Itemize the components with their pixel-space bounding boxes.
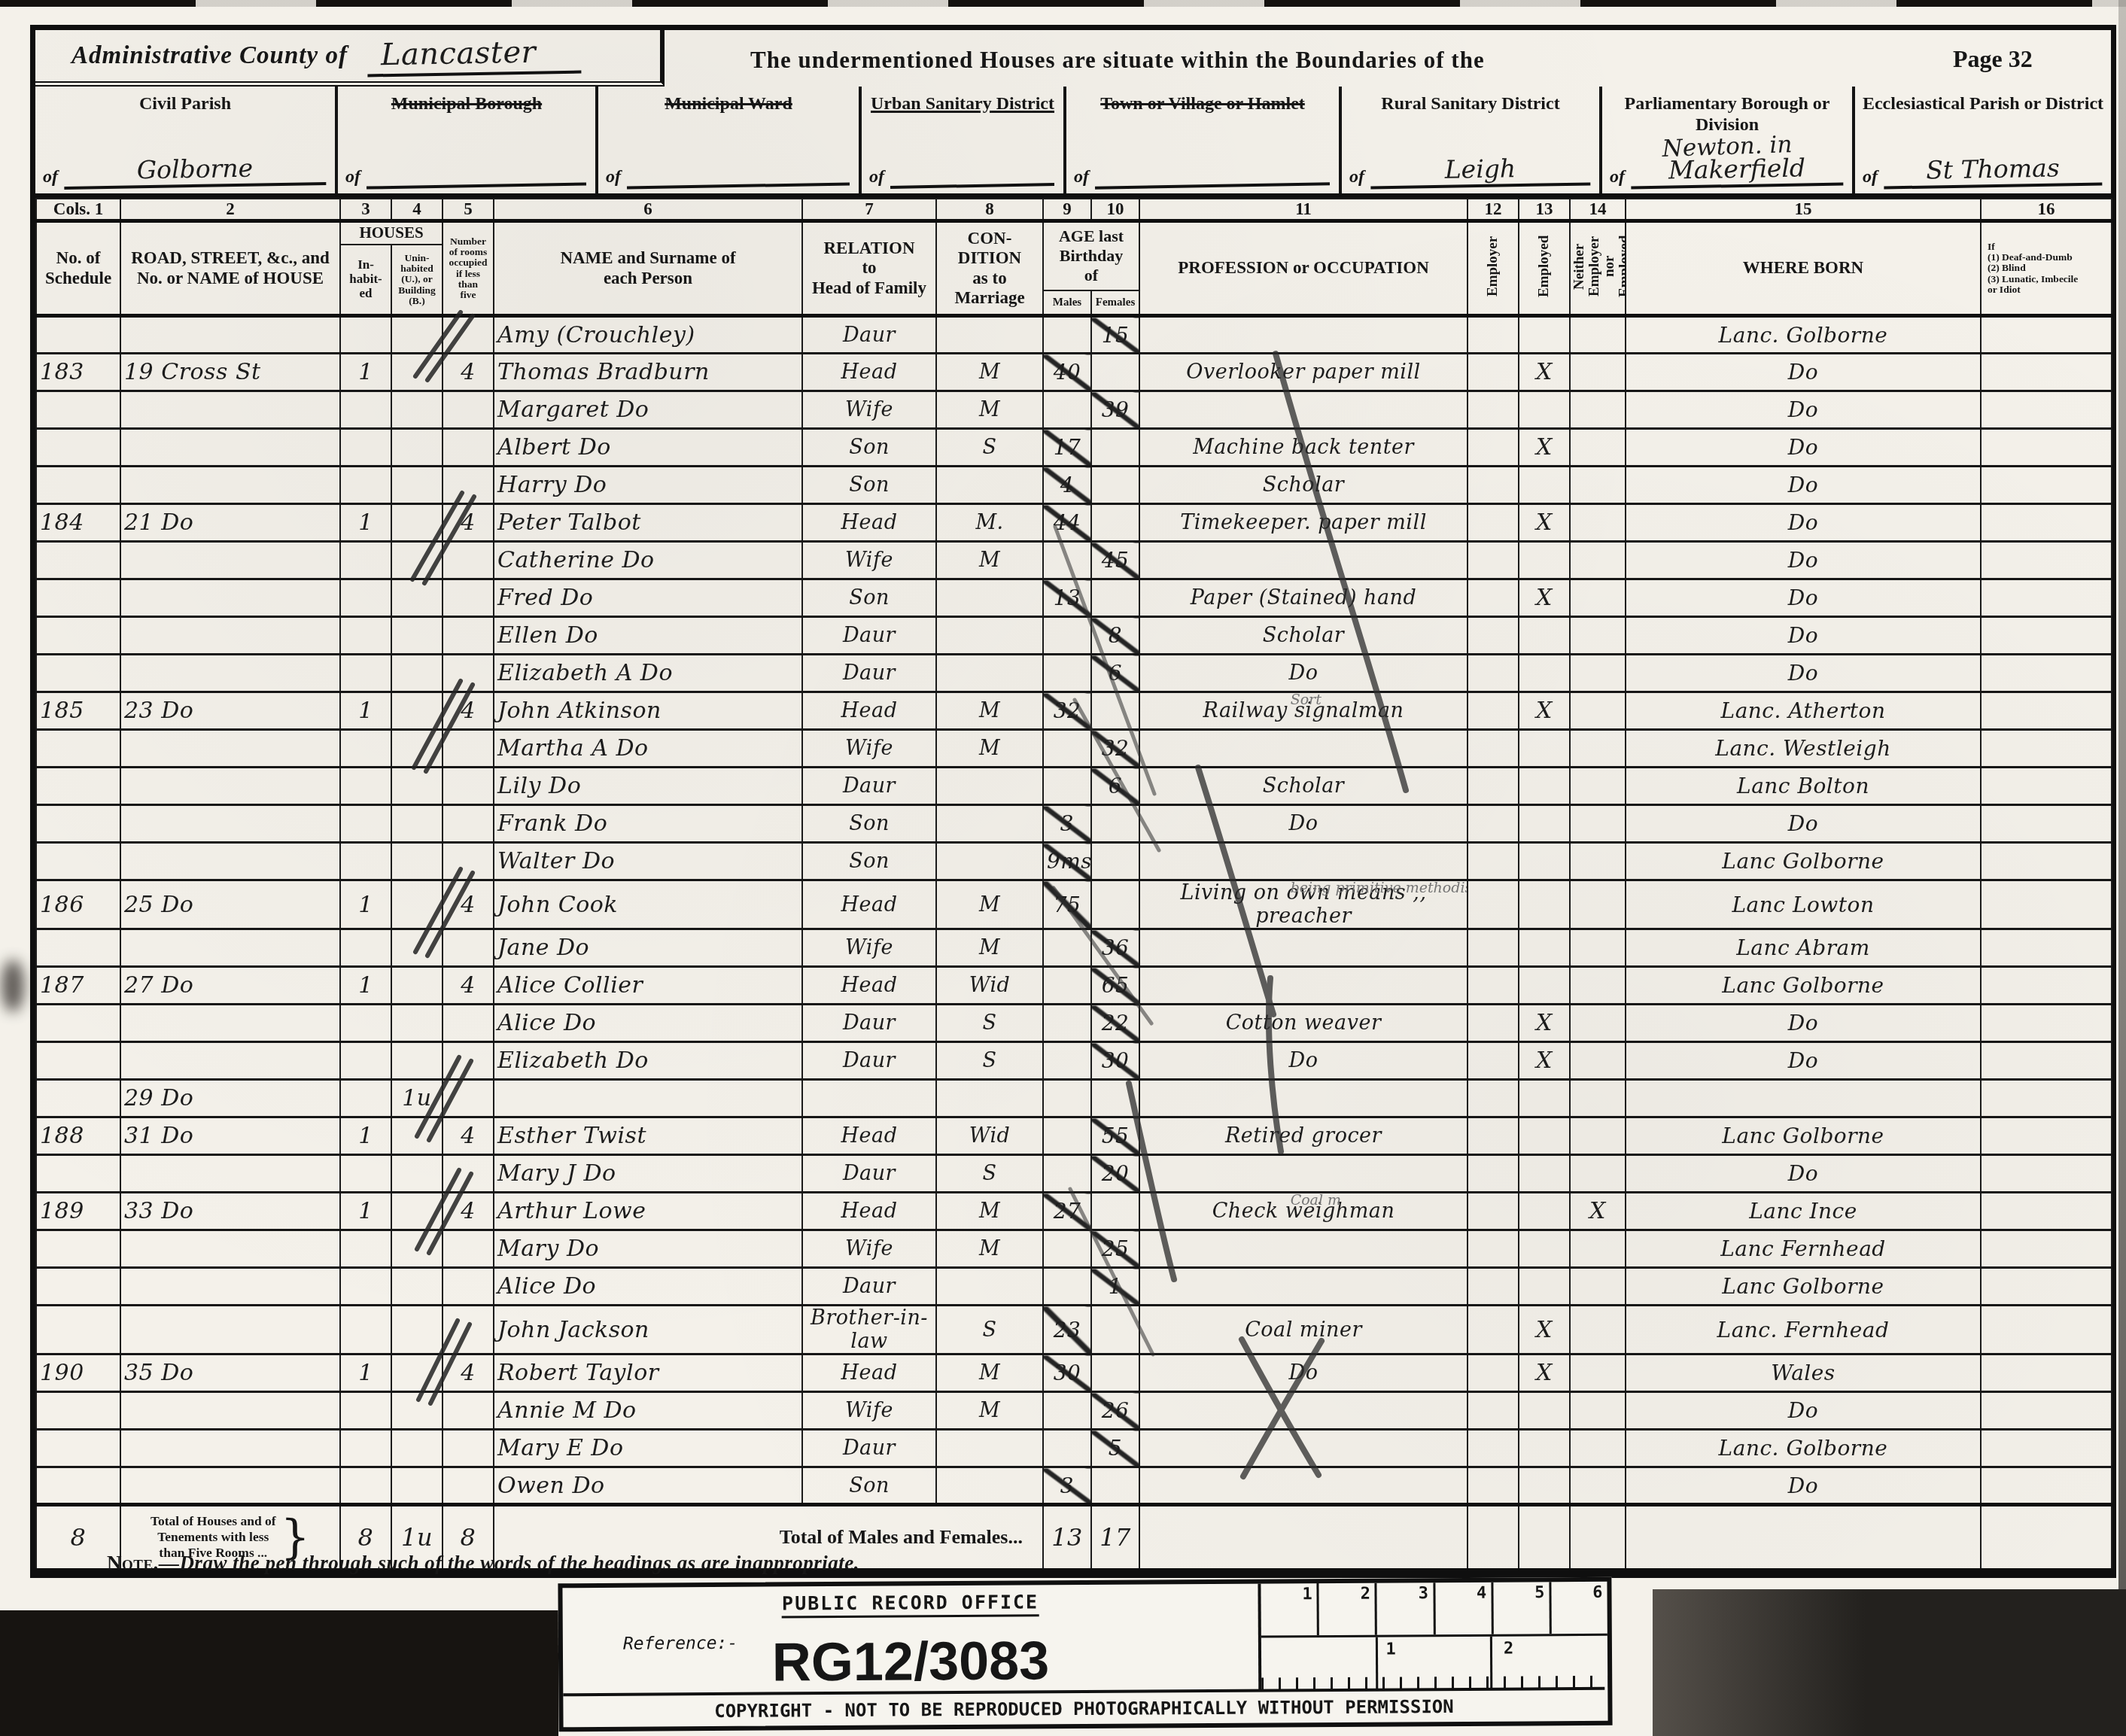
cell-inhabited: 1 bbox=[340, 1117, 391, 1155]
cell-age-female: 6 bbox=[1091, 768, 1139, 805]
cell-condition: M bbox=[936, 1193, 1043, 1230]
cell-age-male: 75 bbox=[1043, 880, 1091, 929]
cell-where-born: Lanc Golborne bbox=[1626, 1117, 1981, 1155]
cell-occupation bbox=[1139, 1080, 1468, 1117]
district-of: of bbox=[1863, 167, 1878, 187]
cell-name: Martha A Do bbox=[494, 730, 802, 768]
totals-females: 17 bbox=[1091, 1505, 1139, 1570]
header-occupation: PROFESSION or OCCUPATION bbox=[1139, 221, 1468, 316]
cell-occupation bbox=[1139, 1155, 1468, 1193]
cell-name: Mary E Do bbox=[494, 1430, 802, 1467]
cell-occupation: Check weighmanCoal m bbox=[1139, 1193, 1468, 1230]
census-form: Administrative County of Lancaster The u… bbox=[30, 25, 2116, 1578]
cell-neither-mark: X bbox=[1570, 1193, 1626, 1230]
cell-age-female bbox=[1091, 504, 1139, 542]
cell-uninhabited bbox=[391, 467, 443, 504]
cell-age-male bbox=[1043, 1230, 1091, 1268]
cell-road bbox=[120, 1230, 340, 1268]
district-value bbox=[1095, 181, 1330, 189]
cell-name: John Jackson bbox=[494, 1306, 802, 1354]
cell-employer-mark bbox=[1468, 354, 1519, 391]
cell-infirmity bbox=[1981, 1155, 2112, 1193]
cell-employer-mark bbox=[1468, 1117, 1519, 1155]
cell-occupation bbox=[1139, 1430, 1468, 1467]
cell-uninhabited bbox=[391, 429, 443, 467]
cell-neither-mark bbox=[1570, 843, 1626, 880]
cell-employed-mark: X bbox=[1519, 429, 1570, 467]
cell-infirmity bbox=[1981, 655, 2112, 692]
cell-neither-mark bbox=[1570, 316, 1626, 354]
cell-relation: Head bbox=[802, 967, 936, 1005]
cell-schedule bbox=[36, 1430, 120, 1467]
cell-age-male bbox=[1043, 768, 1091, 805]
cell-age-female: 32 bbox=[1091, 730, 1139, 768]
cell-uninhabited bbox=[391, 805, 443, 843]
cell-rooms: 4 bbox=[443, 1117, 494, 1155]
cell-age-male: 13 bbox=[1043, 579, 1091, 617]
cell-name: Alice Do bbox=[494, 1268, 802, 1306]
cell-inhabited: 1 bbox=[340, 1193, 391, 1230]
header-uninhabited: Unin- habited (U.), or Building (B.) bbox=[392, 245, 442, 314]
cell-inhabited bbox=[340, 467, 391, 504]
cell-relation: Brother-in-law bbox=[802, 1306, 936, 1354]
cell-employed-mark: X bbox=[1519, 579, 1570, 617]
cell-inhabited bbox=[340, 843, 391, 880]
cell-name: Elizabeth Do bbox=[494, 1042, 802, 1080]
cell-infirmity bbox=[1981, 1042, 2112, 1080]
cell-neither-mark bbox=[1570, 1117, 1626, 1155]
cell-occupation: Railway signalmanSort bbox=[1139, 692, 1468, 730]
cell-age-female bbox=[1091, 1467, 1139, 1505]
cell-rooms: 4 bbox=[443, 1193, 494, 1230]
cell-name: Peter Talbot bbox=[494, 504, 802, 542]
cell-age-female: 1 bbox=[1091, 1268, 1139, 1306]
cell-name: Alice Do bbox=[494, 1005, 802, 1042]
cell-relation: Son bbox=[802, 467, 936, 504]
column-number: 9 bbox=[1043, 199, 1091, 221]
cell-age-male bbox=[1043, 1117, 1091, 1155]
totals-blank bbox=[1519, 1505, 1570, 1570]
cell-inhabited: 1 bbox=[340, 354, 391, 391]
cell-inhabited bbox=[340, 1467, 391, 1505]
cell-condition: M. bbox=[936, 504, 1043, 542]
cell-age-female bbox=[1091, 1354, 1139, 1392]
cell-road bbox=[120, 467, 340, 504]
cell-infirmity bbox=[1981, 880, 2112, 929]
district-town-or-village-or-hamlet: Town or Village or Hamletof bbox=[1066, 87, 1342, 193]
district-value: Leigh bbox=[1370, 152, 1591, 189]
cell-occupation bbox=[1139, 929, 1468, 967]
cell-condition: S bbox=[936, 1042, 1043, 1080]
cell-occupation: Paper (Stained) hand bbox=[1139, 579, 1468, 617]
cell-schedule: 183 bbox=[36, 354, 120, 391]
cell-employer-mark bbox=[1468, 429, 1519, 467]
cell-road: 35 Do bbox=[120, 1354, 340, 1392]
cell-infirmity bbox=[1981, 542, 2112, 579]
cell-neither-mark bbox=[1570, 429, 1626, 467]
cell-employer-mark bbox=[1468, 504, 1519, 542]
cell-inhabited bbox=[340, 655, 391, 692]
cell-age-male: 27 bbox=[1043, 1193, 1091, 1230]
table-row: Alice DoDaurS22Cotton weaverXDo bbox=[36, 1005, 2112, 1042]
cell-neither-mark bbox=[1570, 692, 1626, 730]
cell-age-male bbox=[1043, 1080, 1091, 1117]
admin-county-label: Administrative County of bbox=[71, 42, 348, 70]
cell-employed-mark bbox=[1519, 929, 1570, 967]
cell-age-female: 30 bbox=[1091, 1042, 1139, 1080]
cell-relation: Wife bbox=[802, 391, 936, 429]
cell-schedule bbox=[36, 929, 120, 967]
cell-condition bbox=[936, 768, 1043, 805]
cell-infirmity bbox=[1981, 1430, 2112, 1467]
cell-employed-mark bbox=[1519, 467, 1570, 504]
cell-where-born: Do bbox=[1626, 504, 1981, 542]
cell-condition: M bbox=[936, 929, 1043, 967]
cell-relation: Head bbox=[802, 1193, 936, 1230]
cell-name: John Cook bbox=[494, 880, 802, 929]
cell-road bbox=[120, 429, 340, 467]
stamp-reference-label: Reference:- bbox=[623, 1634, 738, 1654]
cell-name: Mary J Do bbox=[494, 1155, 802, 1193]
district-municipal-ward: Municipal Wardof bbox=[598, 87, 862, 193]
header-name: NAME and Surname of each Person bbox=[494, 221, 802, 316]
cell-employed-mark bbox=[1519, 843, 1570, 880]
header-infirmity: If (1) Deaf-and-Dumb (2) Blind (3) Lunat… bbox=[1981, 221, 2112, 316]
cell-uninhabited bbox=[391, 768, 443, 805]
column-number: 5 bbox=[443, 199, 494, 221]
cell-uninhabited bbox=[391, 1306, 443, 1354]
cell-road bbox=[120, 1392, 340, 1430]
cell-rooms: 4 bbox=[443, 967, 494, 1005]
district-municipal-borough: Municipal Boroughof bbox=[338, 87, 598, 193]
table-row: Owen DoSon3Do bbox=[36, 1467, 2112, 1505]
header-where-born: WHERE BORN bbox=[1626, 221, 1981, 316]
cell-where-born: Do bbox=[1626, 429, 1981, 467]
cell-neither-mark bbox=[1570, 1392, 1626, 1430]
pencil-annotation: being primitive methodist bbox=[1291, 880, 1468, 897]
cell-condition: M bbox=[936, 391, 1043, 429]
cell-uninhabited bbox=[391, 1467, 443, 1505]
cell-employer-mark bbox=[1468, 967, 1519, 1005]
cell-where-born: Lanc Abram bbox=[1626, 929, 1981, 967]
column-number: 10 bbox=[1091, 199, 1139, 221]
cell-condition: M bbox=[936, 354, 1043, 391]
cell-schedule: 190 bbox=[36, 1354, 120, 1392]
cell-neither-mark bbox=[1570, 617, 1626, 655]
cell-relation: Son bbox=[802, 843, 936, 880]
cell-employer-mark bbox=[1468, 1155, 1519, 1193]
district-of: of bbox=[869, 167, 884, 187]
cell-neither-mark bbox=[1570, 1306, 1626, 1354]
cell-employer-mark bbox=[1468, 1306, 1519, 1354]
cell-uninhabited bbox=[391, 1268, 443, 1306]
cell-employer-mark bbox=[1468, 1467, 1519, 1505]
district-of: of bbox=[1074, 167, 1089, 187]
cell-uninhabited bbox=[391, 692, 443, 730]
cell-age-female bbox=[1091, 880, 1139, 929]
cell-uninhabited bbox=[391, 542, 443, 579]
cell-age-female bbox=[1091, 1306, 1139, 1354]
table-row: 18523 Do14John AtkinsonHeadM32Railway si… bbox=[36, 692, 2112, 730]
cell-name: Catherine Do bbox=[494, 542, 802, 579]
cell-name: Mary Do bbox=[494, 1230, 802, 1268]
district-civil-parish: Civil ParishofGolborne bbox=[35, 87, 338, 193]
cell-condition bbox=[936, 1467, 1043, 1505]
cell-age-female: 55 bbox=[1091, 1117, 1139, 1155]
district-parliamentary-borough-or-division: Parliamentary Borough or DivisionNewton.… bbox=[1602, 87, 1855, 193]
header-relation: RELATION to Head of Family bbox=[802, 221, 936, 316]
cell-relation: Wife bbox=[802, 542, 936, 579]
cell-condition bbox=[936, 617, 1043, 655]
cell-age-female: 65 bbox=[1091, 967, 1139, 1005]
cell-infirmity bbox=[1981, 1117, 2112, 1155]
cell-occupation: Scholar bbox=[1139, 617, 1468, 655]
cell-uninhabited bbox=[391, 967, 443, 1005]
cell-neither-mark bbox=[1570, 1467, 1626, 1505]
cell-employer-mark bbox=[1468, 1042, 1519, 1080]
table-row: 18625 Do14John CookHeadM75Living on own … bbox=[36, 880, 2112, 929]
header-neither: Neither Employer nor Employed bbox=[1570, 221, 1626, 316]
cell-uninhabited bbox=[391, 1042, 443, 1080]
table-row: Elizabeth DoDaurS30DoXDo bbox=[36, 1042, 2112, 1080]
cell-rooms bbox=[443, 542, 494, 579]
cell-uninhabited bbox=[391, 730, 443, 768]
cell-condition: M bbox=[936, 542, 1043, 579]
header-road: ROAD, STREET, &c., and No. or NAME of HO… bbox=[120, 221, 340, 316]
cell-uninhabited bbox=[391, 1005, 443, 1042]
cell-relation: Daur bbox=[802, 1155, 936, 1193]
cell-inhabited bbox=[340, 1005, 391, 1042]
cell-road bbox=[120, 1268, 340, 1306]
cell-inhabited bbox=[340, 1080, 391, 1117]
cell-infirmity bbox=[1981, 429, 2112, 467]
district-ecclesiastical-parish-or-district: Ecclesiastical Parish or DistrictofSt Th… bbox=[1855, 87, 2111, 193]
cell-rooms bbox=[443, 467, 494, 504]
cell-relation: Daur bbox=[802, 1042, 936, 1080]
cell-name: Owen Do bbox=[494, 1467, 802, 1505]
table-row: Jane DoWifeM36Lanc Abram bbox=[36, 929, 2112, 967]
cell-uninhabited bbox=[391, 1155, 443, 1193]
cell-employer-mark bbox=[1468, 692, 1519, 730]
cell-rooms: 4 bbox=[443, 1354, 494, 1392]
district-value bbox=[627, 181, 850, 189]
cell-neither-mark bbox=[1570, 1430, 1626, 1467]
cell-road bbox=[120, 1005, 340, 1042]
stamp-reference-number: RG12/3083 bbox=[772, 1630, 1050, 1693]
cell-neither-mark bbox=[1570, 1005, 1626, 1042]
cell-age-male bbox=[1043, 1268, 1091, 1306]
cell-age-male: 44 bbox=[1043, 504, 1091, 542]
header-condition: CON- DITION as to Marriage bbox=[936, 221, 1043, 316]
cell-relation: Son bbox=[802, 429, 936, 467]
cell-occupation: Retired grocer bbox=[1139, 1117, 1468, 1155]
cell-employer-mark bbox=[1468, 1230, 1519, 1268]
cell-age-male bbox=[1043, 542, 1091, 579]
cell-age-male bbox=[1043, 1155, 1091, 1193]
cell-uninhabited bbox=[391, 1193, 443, 1230]
cell-where-born: Lanc Fernhead bbox=[1626, 1230, 1981, 1268]
cell-schedule bbox=[36, 429, 120, 467]
cell-neither-mark bbox=[1570, 730, 1626, 768]
cell-schedule: 188 bbox=[36, 1117, 120, 1155]
cell-occupation: Cotton weaver bbox=[1139, 1005, 1468, 1042]
header-age-males: Males bbox=[1044, 291, 1092, 314]
cell-name: John Atkinson bbox=[494, 692, 802, 730]
ink-smudge bbox=[2, 959, 24, 1012]
table-row: 18831 Do14Esther TwistHeadWid55Retired g… bbox=[36, 1117, 2112, 1155]
cell-relation: Son bbox=[802, 805, 936, 843]
cell-uninhabited bbox=[391, 1117, 443, 1155]
cell-rooms: 4 bbox=[443, 354, 494, 391]
cell-where-born: Do bbox=[1626, 1392, 1981, 1430]
cell-rooms bbox=[443, 1467, 494, 1505]
cell-name: Margaret Do bbox=[494, 391, 802, 429]
cell-infirmity bbox=[1981, 1080, 2112, 1117]
cell-rooms bbox=[443, 429, 494, 467]
cell-age-male bbox=[1043, 655, 1091, 692]
cell-employed-mark bbox=[1519, 730, 1570, 768]
cell-occupation: Do bbox=[1139, 1042, 1468, 1080]
cell-schedule bbox=[36, 617, 120, 655]
admin-county-value: Lancaster bbox=[366, 35, 581, 78]
table-row: Mary E DoDaur5Lanc. Golborne bbox=[36, 1430, 2112, 1467]
cell-rooms bbox=[443, 1430, 494, 1467]
cell-neither-mark bbox=[1570, 1354, 1626, 1392]
cell-relation: Wife bbox=[802, 1392, 936, 1430]
cell-road bbox=[120, 617, 340, 655]
cell-rooms bbox=[443, 617, 494, 655]
cell-age-male bbox=[1043, 1005, 1091, 1042]
cell-where-born: Do bbox=[1626, 579, 1981, 617]
cell-uninhabited bbox=[391, 1392, 443, 1430]
cell-neither-mark bbox=[1570, 768, 1626, 805]
cell-age-female bbox=[1091, 1080, 1139, 1117]
cell-uninhabited bbox=[391, 843, 443, 880]
cell-schedule bbox=[36, 542, 120, 579]
cell-where-born: Do bbox=[1626, 391, 1981, 429]
cell-neither-mark bbox=[1570, 504, 1626, 542]
cell-rooms bbox=[443, 1392, 494, 1430]
cell-rooms: 4 bbox=[443, 880, 494, 929]
cell-condition: S bbox=[936, 1005, 1043, 1042]
cell-employed-mark bbox=[1519, 1268, 1570, 1306]
cell-condition: Wid bbox=[936, 1117, 1043, 1155]
admin-county-box: Administrative County of Lancaster bbox=[35, 30, 665, 87]
cell-neither-mark bbox=[1570, 1268, 1626, 1306]
cell-relation: Daur bbox=[802, 1430, 936, 1467]
cell-employer-mark bbox=[1468, 316, 1519, 354]
cell-employed-mark bbox=[1519, 391, 1570, 429]
cell-age-male: 32 bbox=[1043, 692, 1091, 730]
cell-rooms bbox=[443, 805, 494, 843]
cell-schedule: 185 bbox=[36, 692, 120, 730]
cell-where-born: Lanc. Golborne bbox=[1626, 316, 1981, 354]
district-value: St Thomas bbox=[1884, 152, 2103, 189]
cell-age-female: 26 bbox=[1091, 1392, 1139, 1430]
cell-infirmity bbox=[1981, 768, 2112, 805]
cell-schedule bbox=[36, 467, 120, 504]
cell-employer-mark bbox=[1468, 1392, 1519, 1430]
cell-rooms bbox=[443, 579, 494, 617]
pencil-annotation: Sort bbox=[1291, 692, 1322, 709]
cell-age-male bbox=[1043, 1430, 1091, 1467]
cell-road bbox=[120, 391, 340, 429]
cell-condition bbox=[936, 655, 1043, 692]
cell-infirmity bbox=[1981, 504, 2112, 542]
cell-road bbox=[120, 730, 340, 768]
cell-neither-mark bbox=[1570, 929, 1626, 967]
cell-age-female bbox=[1091, 843, 1139, 880]
cell-condition bbox=[936, 805, 1043, 843]
cell-where-born: Lanc. Golborne bbox=[1626, 1430, 1981, 1467]
table-row: 18319 Cross St14Thomas BradburnHeadM40Ov… bbox=[36, 354, 2112, 391]
header-rooms: Number of rooms occupied if less than fi… bbox=[443, 221, 494, 316]
cell-inhabited: 1 bbox=[340, 967, 391, 1005]
table-row: John JacksonBrother-in-lawS23Coal minerX… bbox=[36, 1306, 2112, 1354]
cell-schedule bbox=[36, 316, 120, 354]
cell-employer-mark bbox=[1468, 1005, 1519, 1042]
cell-rooms bbox=[443, 1230, 494, 1268]
cell-employed-mark bbox=[1519, 1230, 1570, 1268]
cell-occupation bbox=[1139, 1230, 1468, 1268]
column-number: Cols. 1 bbox=[36, 199, 120, 221]
cell-neither-mark bbox=[1570, 880, 1626, 929]
cell-condition: S bbox=[936, 1155, 1043, 1193]
cell-age-female bbox=[1091, 467, 1139, 504]
cell-age-male bbox=[1043, 967, 1091, 1005]
cell-schedule bbox=[36, 1155, 120, 1193]
cell-rooms bbox=[443, 1042, 494, 1080]
cell-road bbox=[120, 1155, 340, 1193]
cell-condition: M bbox=[936, 1392, 1043, 1430]
cell-age-male bbox=[1043, 929, 1091, 967]
cell-rooms bbox=[443, 1306, 494, 1354]
cell-occupation bbox=[1139, 391, 1468, 429]
district-urban-sanitary-district: Urban Sanitary Districtof bbox=[862, 87, 1066, 193]
cell-employed-mark: X bbox=[1519, 504, 1570, 542]
cell-infirmity bbox=[1981, 1005, 2112, 1042]
cell-road bbox=[120, 579, 340, 617]
cell-rooms: 4 bbox=[443, 504, 494, 542]
cell-neither-mark bbox=[1570, 1230, 1626, 1268]
cell-rooms bbox=[443, 1005, 494, 1042]
stamp-ruler-lower: 1 2 bbox=[1261, 1636, 1607, 1690]
cell-name: Frank Do bbox=[494, 805, 802, 843]
totals-blank bbox=[1468, 1505, 1519, 1570]
cell-name: Jane Do bbox=[494, 929, 802, 967]
cell-inhabited bbox=[340, 1230, 391, 1268]
cell-relation: Son bbox=[802, 579, 936, 617]
cell-road: 27 Do bbox=[120, 967, 340, 1005]
cell-infirmity bbox=[1981, 579, 2112, 617]
cell-name: Ellen Do bbox=[494, 617, 802, 655]
cell-age-female: 15 bbox=[1091, 316, 1139, 354]
district-of: of bbox=[43, 167, 58, 187]
cell-employed-mark bbox=[1519, 655, 1570, 692]
column-number: 8 bbox=[936, 199, 1043, 221]
cell-uninhabited bbox=[391, 1354, 443, 1392]
cell-relation: Son bbox=[802, 1467, 936, 1505]
cell-uninhabited bbox=[391, 391, 443, 429]
census-sheet: Administrative County of Lancaster The u… bbox=[0, 0, 2126, 1736]
cell-condition: M bbox=[936, 1230, 1043, 1268]
census-table: Cols. 12345678910111213141516 No. of Sch… bbox=[35, 198, 2112, 1573]
cell-name: Fred Do bbox=[494, 579, 802, 617]
cell-employed-mark bbox=[1519, 1430, 1570, 1467]
cell-age-female bbox=[1091, 805, 1139, 843]
cell-condition: M bbox=[936, 730, 1043, 768]
ruler-inch-mark: 6 bbox=[1551, 1582, 1607, 1634]
